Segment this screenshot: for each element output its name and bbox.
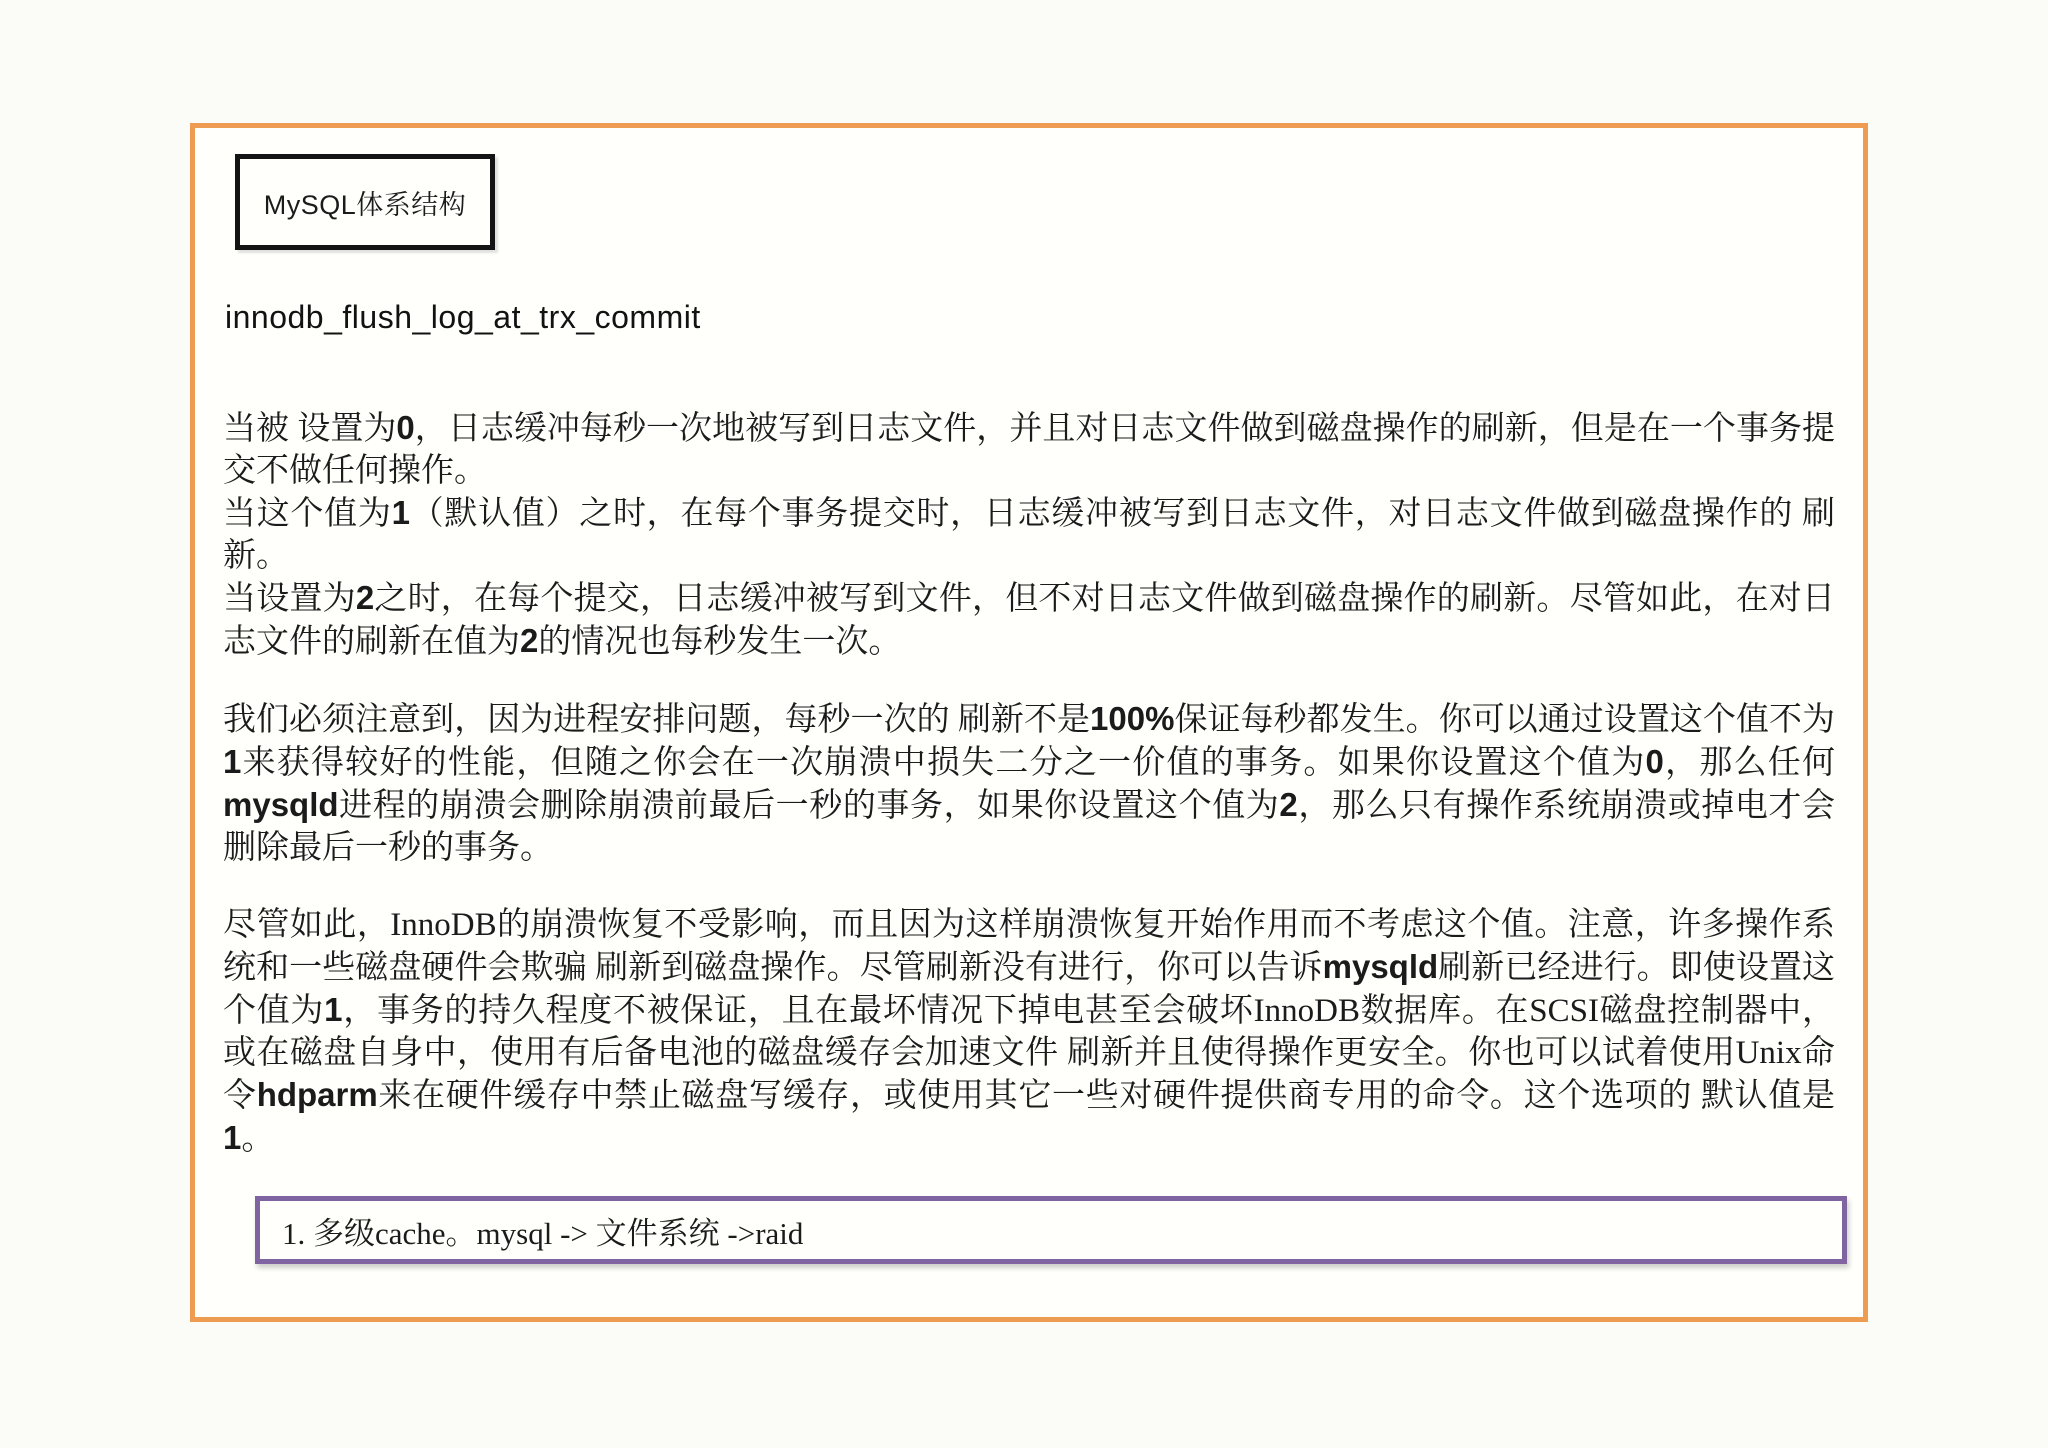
paragraph: 当设置为2之时，在每个提交，日志缓冲被写到文件，但不对日志文件做到磁盘操作的刷新… [223,577,1835,663]
bold-term: hdparm [257,1076,378,1113]
text-run: ，那么任何 [1664,745,1835,781]
text-run: 当设置为 [223,581,356,617]
paragraph: 当这个值为1（默认值）之时，在每个事务提交时，日志缓冲被写到日志文件，对日志文件… [223,492,1835,577]
bold-term: 0 [396,409,414,446]
bold-term: 2 [1279,786,1297,823]
text-run: 来获得较好的性能，但随之你会在一次崩溃中损失二分之一价值的事务。如果你设置这个值… [241,745,1645,781]
text-run: 来在硬件缓存中禁止磁盘写缓存，或使用其它一些对硬件提供商专用的命令。这个选项的 … [378,1078,1835,1114]
paragraph: 当被 设置为0，日志缓冲每秒一次地被写到日志文件，并且对日志文件做到磁盘操作的刷… [223,407,1835,492]
body-text: 当被 设置为0，日志缓冲每秒一次地被写到日志文件，并且对日志文件做到磁盘操作的刷… [223,407,1835,1160]
paragraph: 尽管如此，InnoDB的崩溃恢复不受影响，而且因为这样崩溃恢复开始作用而不考虑这… [223,904,1835,1160]
text-run: 的情况也每秒发生一次。 [538,624,901,660]
text-run: 保证每秒都发生。你可以通过设置这个值不为 [1174,702,1835,738]
bold-term: 2 [520,622,538,659]
title-box: MySQL体系结构 [235,154,495,250]
note-box-text: 1. 多级cache。mysql -> 文件系统 ->raid [282,1208,803,1253]
title-box-label: MySQL体系结构 [264,183,467,222]
bold-term: 1 [392,494,410,531]
bold-term: 1 [324,991,342,1028]
text-run: ，日志缓冲每秒一次地被写到日志文件，并且对日志文件做到磁盘操作的刷新，但是在一个… [223,411,1835,489]
text-run: 进程的崩溃会删除崩溃前最后一秒的事务，如果你设置这个值为 [339,788,1280,824]
text-run: （默认值）之时，在每个事务提交时，日志缓冲被写到日志文件，对日志文件做到磁盘操作… [223,496,1835,574]
text-run: 当这个值为 [223,496,392,532]
text-run: 。 [241,1121,274,1157]
text-run: 我们必须注意到，因为进程安排问题，每秒一次的 刷新不是 [223,702,1090,738]
bold-term: 100% [1090,700,1174,737]
bold-term: 2 [356,579,374,616]
bold-term: 1 [223,743,241,780]
heading: innodb_flush_log_at_trx_commit [225,297,1835,337]
text-run: 当被 设置为 [223,411,396,447]
bold-term: 1 [223,1119,241,1156]
paragraph: 我们必须注意到，因为进程安排问题，每秒一次的 刷新不是100%保证每秒都发生。你… [223,698,1835,869]
text-run: 之时，在每个提交，日志缓冲被写到文件，但不对日志文件做到磁盘操作的刷新。尽管如此… [223,581,1835,660]
bold-term: mysqld [223,786,339,823]
slide-content: MySQL体系结构 innodb_flush_log_at_trx_commit… [195,128,1863,1317]
bold-term: 0 [1646,743,1664,780]
slide-canvas: MySQL体系结构 innodb_flush_log_at_trx_commit… [0,0,2048,1448]
note-box: 1. 多级cache。mysql -> 文件系统 ->raid [255,1196,1847,1264]
slide-border-frame: MySQL体系结构 innodb_flush_log_at_trx_commit… [190,123,1868,1322]
bold-term: mysqld [1323,948,1439,985]
